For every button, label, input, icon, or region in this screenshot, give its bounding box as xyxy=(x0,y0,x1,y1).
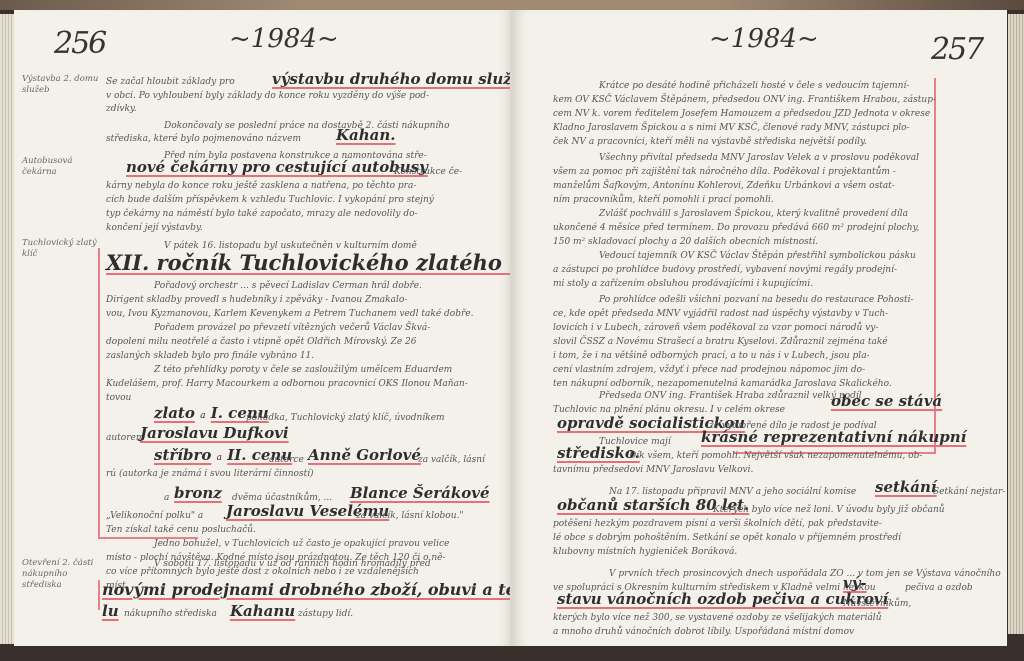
text-line: V sobotu 17. listopadu v už od ranních h… xyxy=(154,558,431,570)
text-line: Konstrukce če- xyxy=(394,166,462,178)
text-line: Kudelášem, prof. Harry Macourkem a odbor… xyxy=(106,378,468,390)
text-line: Zvlášť pochválil s Jaroslavem Špickou, k… xyxy=(599,208,908,220)
text-line: a mnoho druhů vánočních dobrot líbily. U… xyxy=(553,626,854,638)
text-line: pečiva a ozdob xyxy=(905,582,973,594)
text-line: zástupy lidí. xyxy=(298,608,353,620)
text-line: končení její výstavby. xyxy=(106,222,203,234)
text-line: Dirigent skladby provedl s hudebníky i z… xyxy=(106,294,407,306)
text-line: typ čekárny na náměstí bylo také započat… xyxy=(106,208,418,220)
text-line: Vedoucí tajemník OV KSČ Václav Štěpán př… xyxy=(599,250,916,262)
text-line: zaslaných skladeb bylo pro finále vybrán… xyxy=(106,350,314,362)
highlighted-heading: XII. ročník Tuchlovického zlatého klíče xyxy=(106,250,566,275)
text-line: Dík všem, kteří pomohli. Největší však n… xyxy=(629,450,922,462)
open-book: 256 ~1984~ Výstavba 2. domu služeb Autob… xyxy=(0,6,1024,649)
text-line: ukončené 4 měsíce před termínem. Do prov… xyxy=(553,222,919,234)
highlighted-heading: výstavbu druhého domu služeb xyxy=(272,70,532,88)
text-line: tovou xyxy=(106,392,131,404)
highlighted-phrase: krásné reprezentativní nákupní xyxy=(701,428,966,446)
text-line: zdívky. xyxy=(106,103,137,115)
text-line: Všechny přivítal předseda MNV Jaroslav V… xyxy=(599,152,919,164)
text-line: ním pracovníkům, kteří pomohli i prací p… xyxy=(553,194,774,206)
text-line: tavnímu předsedovi MNV Jaroslavu Velkovi… xyxy=(553,464,753,476)
highlighted-heading: novými prodejnami drobného zboží, obuvi … xyxy=(102,580,546,599)
award-winner: Anně Gorlové xyxy=(308,446,421,464)
text-line: „Velikonoční polku" a xyxy=(106,510,203,522)
text-line: ten nákupní odborník, nezapomenutelná ka… xyxy=(553,378,892,390)
text-line: střediska, které bylo pojmenováno názvem xyxy=(106,133,301,145)
right-page-edges xyxy=(1008,14,1024,634)
text-line: 150 m² skladovací plochy a 20 dalších ob… xyxy=(553,236,818,248)
margin-note: Tuchlovický zlatý klíč xyxy=(22,238,107,260)
text-line: kárny nebyla do konce roku ještě zasklen… xyxy=(106,180,416,192)
text-line: mi stoly a zařízením obsluhou prodávajíc… xyxy=(553,278,813,290)
text-line: lovicích i v Lubech, zároveň všem poděko… xyxy=(553,322,878,334)
highlighted-word: Kahan. xyxy=(336,126,396,144)
text-line: vou, Ivou Kyzmanovou, Karlem Kevenykem a… xyxy=(106,308,473,320)
text-line: všem za pomoc při zajištění tak náročnéh… xyxy=(553,166,896,178)
text-line: kem OV KSČ Václavem Štěpánem, předsedou … xyxy=(553,94,936,106)
text-line: manželům Šafkovým, Antonínu Kohlerovi, Z… xyxy=(553,180,895,192)
highlighted-word: setkání xyxy=(875,478,937,496)
text-line: Pořadový orchestr ... s pěvecí Ladislav … xyxy=(154,280,422,292)
margin-note: Autobusová čekárna xyxy=(22,156,107,178)
text-line: a zástupci po prohlídce budovy prostředí… xyxy=(553,264,897,276)
text-line: Předseda ONV ing. František Hraba zdůraz… xyxy=(599,390,862,402)
left-page: 256 ~1984~ Výstavba 2. domu služeb Autob… xyxy=(14,10,513,646)
red-margin-bracket xyxy=(98,248,100,538)
text-line: nákupního střediska xyxy=(124,608,217,620)
highlighted-word: lu xyxy=(102,602,119,620)
text-line: za valčík, lásní klobou." xyxy=(356,510,464,522)
year-header-left: ~1984~ xyxy=(229,24,339,54)
red-margin-bracket xyxy=(98,580,100,610)
text-line: Jedno bohužel, v Tuchlovicích už často j… xyxy=(154,538,449,550)
text-line: v obci. Po vyhloubení byly základy do ko… xyxy=(106,90,429,102)
margin-note: Otevření 2. části nákupního střediska xyxy=(22,558,107,591)
right-page: ~1984~ 257 Krátce po desáté hodině přich… xyxy=(513,10,1007,646)
text-line: cení vlastním zdrojem, vždyť i přece nad… xyxy=(553,364,865,376)
text-line: Kterých bylo více než loni. V úvodu byly… xyxy=(713,504,945,516)
text-line: Krátce po desáté hodině přicházeli hosté… xyxy=(599,80,909,92)
text-line: ce, kde opět předseda MNV vyjádřil rados… xyxy=(553,308,888,320)
text-line: Pořadem provázel po převzetí vítězných v… xyxy=(154,322,430,334)
text-line: autorce xyxy=(269,454,304,466)
highlighted-phrase: obec se stává xyxy=(831,392,942,410)
text-line: i tom, že i na většině odborných prací, … xyxy=(553,350,870,362)
text-line: Dokončovaly se poslední práce na dostavb… xyxy=(164,120,450,132)
text-line: Po prohlídce odešli všichni pozvaní na b… xyxy=(599,294,914,306)
award-winner: Jaroslavu Dufkovi xyxy=(140,424,289,442)
text-line: dopoleni milu neotřelé a často i vtipně … xyxy=(106,336,416,348)
scanner-background-bottom xyxy=(0,647,1024,661)
text-line: cem NV k. vorem ředitelem Josefem Hamouz… xyxy=(553,108,930,120)
text-line: Kladno Jaroslavem Špickou a s nimi MV KS… xyxy=(553,122,910,134)
text-line: cích bude dalším příspěvkem k vzhledu Tu… xyxy=(106,194,434,206)
text-line: autorem xyxy=(106,432,144,444)
award-winner: Blance Šerákové xyxy=(350,484,490,502)
text-line: ček NV a pracovníci, kteří měli na výsta… xyxy=(553,136,867,148)
highlighted-phrase: stavu vánočních ozdob pečiva a cukroví xyxy=(557,590,888,608)
text-line: Setkání nejstar- xyxy=(933,486,1005,498)
text-line: Se začal hloubit základy pro xyxy=(106,76,235,88)
page-number-right: 257 xyxy=(931,32,982,67)
text-line: lé obce s dobrým pohoštěním. Setkání se … xyxy=(553,532,901,544)
text-line: Z této přehlídky poroty v čele se zaslou… xyxy=(154,364,452,376)
text-line: V prvních třech prosincových dnech uspoř… xyxy=(609,568,1001,580)
margin-note: Výstavba 2. domu služeb xyxy=(22,74,107,96)
page-number-left: 256 xyxy=(54,26,105,61)
text-line: rú (autorka je známá i svou literární či… xyxy=(106,468,314,480)
highlighted-phrase: středisko. xyxy=(557,444,640,462)
text-line: klubovny místních hygieniček Boráková. xyxy=(553,546,737,558)
award-bronze: bronz xyxy=(174,484,222,502)
text-line: potěšeni hezkým pozdravem písní a verši … xyxy=(553,518,882,530)
text-line: Návštěvníkům, xyxy=(843,598,911,610)
highlighted-word: Kahanu xyxy=(230,602,295,620)
text-line: Ten získal také cenu posluchačů. xyxy=(106,524,256,536)
highlighted-heading: nové čekárny pro cestující autobusy xyxy=(126,158,428,176)
text-line: pohádka, Tuchlovický zlatý klíč, úvodník… xyxy=(246,412,445,424)
text-line: kterých bylo více než 300, se vystavené … xyxy=(553,612,882,624)
text-line: za valčík, lásní xyxy=(418,454,485,466)
year-header-right: ~1984~ xyxy=(709,24,819,54)
text-line: slovil ČSSZ a Novému Strašecí a bratru K… xyxy=(553,336,888,348)
